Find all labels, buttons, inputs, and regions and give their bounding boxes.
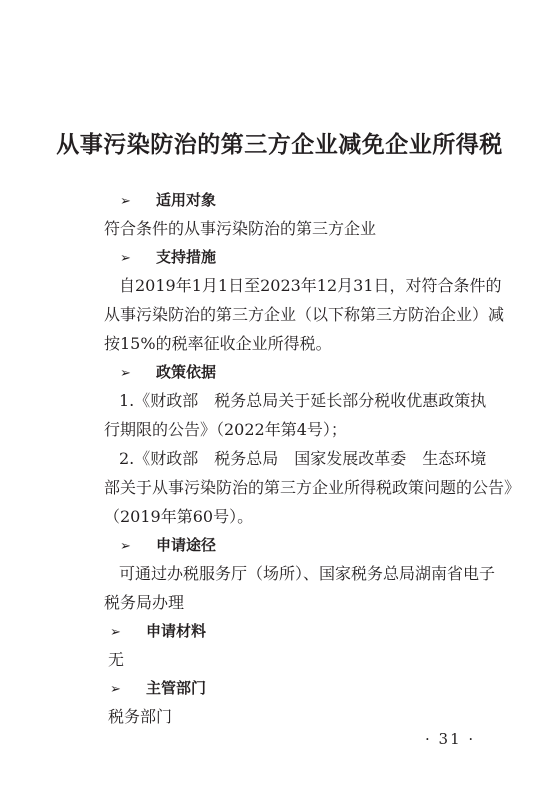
- section-text: 2.《财政部 税务总局 国家发展改革委 生态环境: [119, 448, 486, 470]
- section-text: 部关于从事污染防治的第三方企业所得税政策问题的公告》: [104, 477, 520, 499]
- section-text: 税务部门: [108, 706, 172, 728]
- section-heading-applicable: ➢适用对象: [120, 189, 216, 213]
- section-heading-materials: ➢申请材料: [110, 620, 206, 644]
- section-text: 可通过办税服务厅（场所）、国家税务总局湖南省电子: [119, 563, 495, 585]
- arrow-bullet-icon: ➢: [110, 622, 146, 644]
- arrow-bullet-icon: ➢: [120, 536, 156, 558]
- page-number: · 31 ·: [425, 730, 475, 748]
- section-heading-measures: ➢支持措施: [120, 246, 216, 270]
- section-text: 按15%的税率征收企业所得税。: [104, 333, 332, 355]
- section-heading-department: ➢主管部门: [110, 677, 206, 701]
- arrow-bullet-icon: ➢: [120, 248, 156, 270]
- section-text: （2019年第60号）。: [104, 506, 253, 528]
- section-heading-basis: ➢政策依据: [120, 361, 216, 385]
- section-text: 从事污染防治的第三方企业（以下称第三方防治企业）减: [104, 304, 504, 326]
- arrow-bullet-icon: ➢: [120, 363, 156, 385]
- section-heading-channel: ➢申请途径: [120, 534, 216, 558]
- section-text: 自2019年1月1日至2023年12月31日，对符合条件的: [119, 275, 502, 297]
- section-text: 税务局办理: [104, 592, 184, 614]
- section-text: 无: [108, 649, 124, 671]
- page-title: 从事污染防治的第三方企业减免企业所得税: [0, 126, 559, 159]
- section-text: 1.《财政部 税务总局关于延长部分税收优惠政策执: [119, 390, 486, 412]
- section-text: 行期限的公告》（2022年第4号）；: [104, 419, 347, 441]
- arrow-bullet-icon: ➢: [110, 679, 146, 701]
- section-text: 符合条件的从事污染防治的第三方企业: [104, 218, 376, 240]
- arrow-bullet-icon: ➢: [120, 191, 156, 213]
